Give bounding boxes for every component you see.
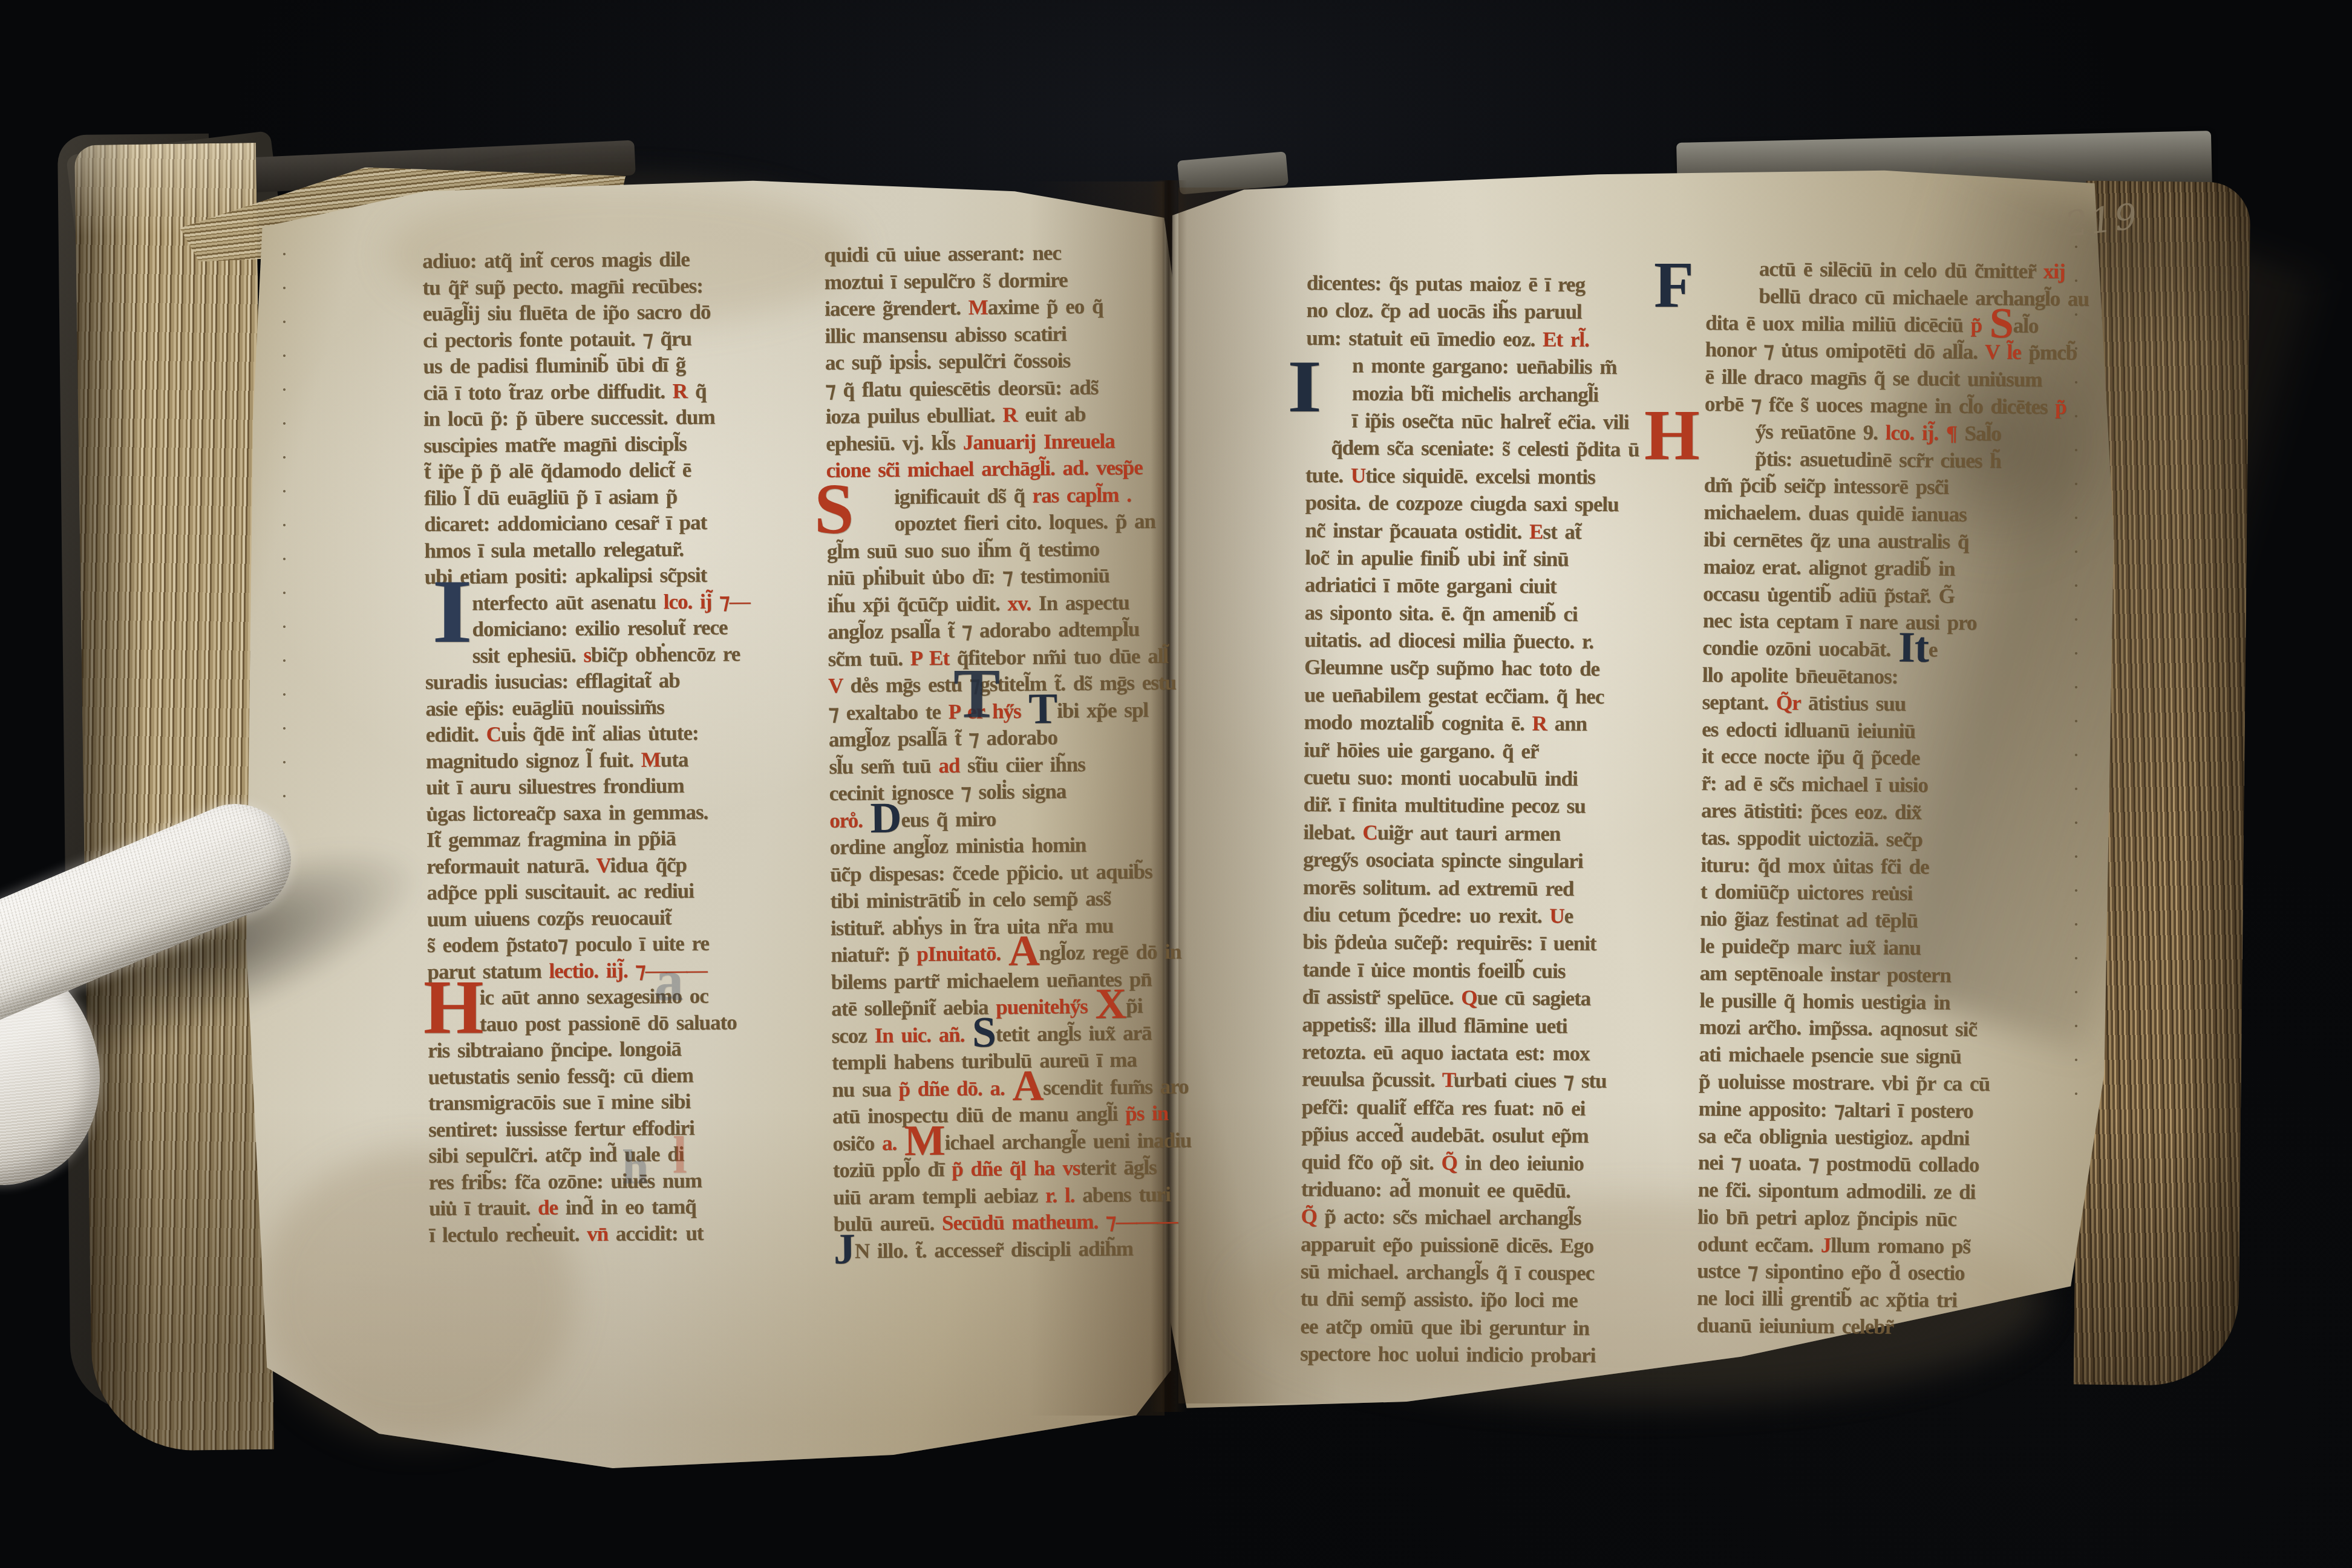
text-line: ee atc̃p omiū que ibi geruntur in [1300,1315,1687,1344]
text-line: ioza puilus ebulliat. R euit ab [826,401,1180,431]
text-line: um: statuit eū īmedio eoz. Et rl̃. [1306,326,1693,356]
drop-cap-initial: T [953,665,1000,723]
text-line: ssit ephesiū. sbic̃p obḣencōz re [425,641,815,670]
drop-cap-initial: I [1287,357,1322,417]
text-line: suradis iusucias: efflagitat̃ ab [425,667,815,696]
text-line: sl̃u sem̃ tuū ad st̃iu ciier ih̃ns [829,751,1183,782]
text-line: adp̃ce ppli suscitauit. ac rediui [426,878,817,907]
text-line: odunt ecc̃am. Jllum romano ps̃ [1697,1232,2085,1263]
text-line: ris sibtraiano p̃ncipe. longoiā [428,1036,818,1065]
text-line: It̃ gemmaz fragmina in pp̃iā [426,825,817,854]
text-line: sentiret: iussisse fertur effodiri [428,1115,818,1144]
text-line: appetiss̃: illa illud flāmine ueti [1302,1013,1689,1042]
text-line: in locū p̃: p̃ ūbere successit. dum [423,404,814,433]
text-line: modo moztalib̃ cognita ē. R ann [1304,710,1691,740]
text-line: tande ī u̇ice montis foeilb̃ cuis [1302,958,1690,987]
text-line: ē ille draco magn̄s q̃ se ducit uniu̇sum [1705,365,2092,395]
text-line: atū inospectu diū de manu angl̃i p̃s in [832,1101,1186,1131]
text-line: oro̊. Deus q̃ miro [829,805,1183,835]
text-line: occasu u̇gentib̃ adiū p̃star̃. G̃ [1703,582,2090,612]
text-line: ne fc̃i. sipontum admodili. ze di [1697,1178,2085,1208]
text-line: diu cetum p̃cedre: uo rexit. Ue [1302,903,1690,932]
text-line: ati michaele psencie sue signū [1699,1042,2086,1073]
text-line: uiu̇ ī trauit. de ind̃ in eo tamq̃ [429,1194,819,1223]
text-line: dī assistr̃ spelūce. Que cū sagieta [1302,985,1690,1014]
text-line: magnitudo signoz l̃ fuit. Muta [426,746,816,776]
text-line: uetustatis senio fessq̃: cū diem [428,1062,818,1091]
text-line: ih̃u xp̃i q̃cūc̃p uidit. xv. In aspectu [828,590,1181,620]
text-line: gregy̋s osociata spincte singulari [1303,848,1690,877]
text-line: ūc̃p dispesas: c̃cede pp̃icio. ut aquib̃… [830,859,1184,889]
text-line: domiciano: exilio resolut̃ rece [425,615,815,644]
text-line: ilebat. Cuig̃r aut tauri armen [1303,820,1690,850]
manuscript-photo: adiuo: atq̃ int̃ ceros magis diletu q̃r̃… [0,0,2352,1568]
text-line: le puidec̃p marc iux̃ ianu [1700,934,2087,964]
left-page-column-1: adiuo: atq̃ int̃ ceros magis diletu q̃r̃… [422,246,820,1249]
text-line: ī ip̃is osec̃ta nūc halret̃ ec̃ia. vili [1305,408,1693,438]
text-line: atē sollep̃nit̃ aebia puenitehy̋s Xp̃i [831,993,1185,1024]
drop-cap-initial: H [1644,407,1700,465]
text-line: dir̃. ī finita multitudine pecoz su [1303,792,1690,822]
text-line: ciā ī toto t̃raz orbe diffudit. R q̃ [423,378,814,407]
text-line: duanū ieiunium celebr̃ [1696,1313,2083,1344]
text-line: ⁊ exaltabo te P er hy̋s Tibi xp̃e spl [828,697,1182,728]
text-line: angl̃oz psall̃a t̃ ⁊ adorabo adtempl̃u [828,616,1181,647]
text-line: amgl̃oz psall̃ā t̃ ⁊ adorabo [829,724,1183,754]
text-line: dm̃ p̃cib̃ seic̃p intessorē psc̃i [1704,473,2091,503]
text-line: tu q̃r̃ sup̃ pecto. magn̄i recūbes: [422,273,812,302]
text-line: filio l̃ dū euāgliū p̃ ī asiam p̃ [424,483,814,512]
text-line: reuulsa p̃cussit. Turbati ciues ⁊ stu [1302,1067,1689,1097]
text-line: iacere g̃rendert. Maxime p̃ eo q̃ [825,293,1178,324]
text-line: septant. Q̃r ātistius suu [1702,690,2089,720]
text-line: ue uen̄abilem gestat ecc̃iam. q̃ hec [1304,683,1691,713]
text-line: it ecce nocte ip̃u q̃ p̃cede [1702,744,2089,774]
text-line: ares ātistiti: p̃ces eoz. dix̃ [1701,799,2088,829]
text-line: bilems partr̃ michaelem uen̄antes pn̄ [831,967,1185,997]
text-line: uum uiuens cozp̃s reuocauit̃ [427,904,817,933]
text-line: y̋s reūatōne 9. lco. ij̃. ¶ Sal̃o [1704,419,2091,449]
drop-cap-initial: S [814,480,854,539]
text-line: ituru: q̃d mox u̇itas fc̃i de [1700,852,2088,883]
text-line: actū ē silēciū in celo dū c̃mitter̃ xij [1706,256,2093,287]
text-line: ibi cernētes q̃z una australis q̃ [1704,528,2091,558]
text-line: spectore hoc uolui indicio probari [1300,1342,1687,1371]
text-line: euāgl̃ij siu fluēta de ip̃o sacro dō [423,299,813,328]
text-line: posita. de cozpoze ciugda saxi spelu [1305,491,1693,520]
text-line: michaelem. duas quidē ianuas [1704,500,2091,531]
text-line: bellū draco cū michaele archangl̃o au [1705,284,2092,314]
text-line: nec ista ceptam ī nare ausi pro [1703,609,2090,639]
text-line: tibi ministrātib̃ in celo semp̃ ass̃ [830,886,1184,916]
left-page-column-2: quidi cū uiue asserant: necmoztui ī sepu… [824,240,1187,1266]
text-line: as siponto sita. ē. q̃n amenib̃ ci [1304,601,1691,630]
text-line: uiū aram templi aebiaz r. l. abens turi [833,1182,1187,1212]
text-line: nterfecto aūt asenatu lco. ij̃ ⁊— [425,589,815,618]
text-line: uit ī auru siluestres frondium [426,773,816,802]
text-line: tauo post passionē dō saluato [428,1010,818,1039]
right-page-column-2: actū ē silēciū in celo dū c̃mitter̃ xijb… [1696,256,2093,1344]
text-line: am septēnoale instar postern [1699,961,2086,991]
text-line: reformauit naturā. Vidua q̃c̃p [426,852,817,881]
text-line: quid fc̃o op̃ sit. Q̃ in deo ieiunio [1301,1149,1688,1179]
text-line: ic aūt anno sexagesimo oc [428,983,818,1012]
text-line: V de̊s mḡs estu ⁊gstitel̃m t̃. ds̃ mḡs e… [828,670,1182,701]
text-line: es edocti idluanū ieiuniū [1702,717,2089,748]
drop-cap-initial: I [432,575,472,649]
text-line: asie ep̃is: euāgliū nouissim̃s [425,694,815,723]
text-line: ac sup̃ ipsi̇s. sepulc̃ri c̃ossois [825,347,1179,377]
text-line: p̃ uoluisse mostrare. vbi p̃r ca cū [1699,1070,2086,1100]
manuscript-text-layer: adiuo: atq̃ int̃ ceros magis diletu q̃r̃… [0,0,2352,1568]
text-line: dita ē uox milia miliū dicēciū p̃ Sal̃o [1705,311,2092,341]
text-line: nc̃ instar p̃cauata ostidit. Est at̃ [1305,518,1692,548]
text-line: tas. sppodit uictoziā. sec̃p [1700,826,2088,856]
text-line: Gleumne usc̃p sup̃mo hac toto de [1304,655,1691,685]
text-line: Q̃ p̃ acto: sc̃s michael archangl̃s [1301,1204,1688,1234]
text-line: sc̃m tuū. P Et q̃fitebor nm̃i tuo dūe al… [828,644,1181,674]
text-line: mozi arc̃ho. imp̃ssa. aqnosut sic̃ [1699,1015,2086,1045]
drop-cap-initial: h [622,1148,649,1188]
text-line: hmos ī sula metallo relegatur̃. [424,536,814,565]
text-line: t̃ ip̃e p̃ p̃ alē q̃damodo delict̃ ē [423,457,814,486]
text-line: ustce ⁊ sipontino ep̃o d̃ osectio [1697,1259,2084,1289]
text-line: bis p̃deu̇a suc̃ep̃: requirēs: ī uenit [1302,930,1690,959]
text-line: p̃tis: asuetudinē scr̃r ciues h̃ [1704,446,2091,477]
text-line: sa ec̃a oblignia uestigioz. apdni [1698,1123,2085,1154]
text-line: ephesiū. vj. kl̃s Januarij Inreuela [826,428,1180,459]
text-line: bulū aureū. Secūdū matheum. ⁊——— [833,1209,1187,1239]
text-line: loc̃ in apulie finib̃ ubi int̃ sinū [1305,546,1692,575]
text-line: le pusille q̃ homis uestigia in [1699,988,2086,1018]
text-line: ubi etiam positi: apkalipsi sc̃psit [425,562,815,591]
text-line: q̃dem sc̃a sceniate: s̃ celesti p̃dita ū [1305,436,1693,465]
drop-cap-initial: H [423,975,484,1039]
text-line: mine apposito: ⁊altari ī postero [1698,1097,2085,1127]
text-line: istitur̃. abḣys in t̃ra uita nr̃a mu [831,913,1184,943]
text-line: morēs solitum. ad extremū red [1303,875,1690,905]
drop-cap-initial: F [1654,259,1694,313]
text-line: lio bn̄ petri aploz p̃ncipis nūc [1697,1205,2085,1235]
text-line: dicentes: q̃s putas maioz ē ī reg [1307,271,1694,301]
text-line: JN illo. t̃. accesser̃ discipli adih̃m [834,1236,1187,1266]
text-line: tute. Utice siquidē. excelsi montis [1305,463,1693,493]
text-line: niatur̃: p̃ pInuitatō. Angl̃oz regē dō i… [831,939,1184,970]
text-line: no cloz. c̃p ad uocās ih̃s paruul [1306,298,1693,328]
text-line: niū pḣibuit u̇bo dī: ⁊ testimoniū [827,563,1181,593]
text-line: quidi cū uiue asserant: nec [824,240,1178,270]
text-line: uitatis. ad diocesi milia p̃uecto. r. [1304,628,1691,658]
drop-cap-initial: a [655,957,684,1005]
text-line: opoztet fieri cito. loques. p̃ an [826,509,1180,539]
text-line: moztui ī sepulc̃ro s̃ dormire [824,267,1178,297]
text-line: parut statum lectio. iij̃. ⁊——— [427,957,817,986]
text-line: retozta. eū aquo iactata est: mox [1302,1040,1689,1070]
text-line: tu dn̄i semp̃ assisto. ip̃o loci me [1300,1287,1687,1316]
text-line: scoz In uic. añ. Stetit angl̃s iux̃ arā [831,1021,1185,1051]
text-line: ordine angl̃oz ministia homin [829,832,1183,862]
text-line: nei ⁊ uoata. ⁊ postmodū collado [1698,1151,2085,1181]
text-line: adiuo: atq̃ int̃ ceros magis dile [422,246,812,275]
text-line: mozia bt̃i michelis archangl̃i [1306,381,1693,411]
text-line: ne loci illi̇ grentib̃ ac xp̃tia tri [1697,1286,2084,1316]
text-line: u̇gas lictoreac̃p saxa in gemmas. [426,799,816,828]
text-line: edidit. Cui̇s q̃dē int̃ alias u̇tute: [425,720,815,749]
text-line: iur̃ hōies uie gargano. q̃ er̃ [1304,738,1691,768]
text-line: ignificauit ds̃ q̃ ras capl̃m . [826,482,1180,512]
drop-cap-initial: l [673,1134,687,1177]
text-line: r̃: ad ē sc̃s michael ī uisio [1701,771,2088,802]
text-line: ci pectoris fonte potauit. ⁊ q̃ru [423,325,813,354]
text-line: s̃ eodem p̃stato⁊ poculo ī uite re [427,930,817,959]
text-line: templi habens turibulū aureū ī ma [832,1047,1186,1077]
text-line: cuetu suo: monti uocabulū indi [1304,765,1691,795]
text-line: pp̃ius acced̃ audebāt. osulut ep̃m [1301,1122,1688,1152]
text-line: condie ozōni uocabāt. Ite [1702,636,2089,666]
text-line: honor ⁊ u̇tus omipotēti dō all̃a. V l̃e … [1705,338,2092,368]
text-line: toziū ppl̃o dī p̃ dñe q̃l ha vsterit āgl… [833,1155,1187,1185]
text-line: ⁊ q̃ flatu quiescētis deorsū: ads̃ [825,374,1179,405]
text-line: dicaret: addomiciano cesar̃ ī pat [424,509,814,538]
text-line: orbē ⁊ fc̃e s̃ uoces magne in cl̃o dicēt… [1705,392,2092,422]
text-line: maioz erat. alignot gradib̃ in [1703,555,2090,585]
text-line: transmigracōis sue ī mine sibi [428,1088,818,1117]
text-line: cione sc̃i michael archāgl̃i. ad. vesp̃e [826,455,1180,485]
text-line: pefc̃i: qualit̃ effc̃a res fuat: nō ei [1301,1095,1688,1125]
text-line: t domiūc̃p uictores reu̇si [1700,880,2088,910]
text-line: suscipies matr̃e magn̄i discipl̃s [423,431,814,460]
text-line: nio g̃iaz festinat ad tēplū [1700,907,2087,937]
text-line: us de padisi fluminib̃ ūbi dī g̃ [423,351,813,381]
text-line: illic mansensu abisso scatiri [825,321,1178,351]
text-line: ī lectulo recḣeuit. vn̄ accidit: ut [429,1220,819,1249]
text-line: llo apolite bn̄euētanos: [1702,663,2089,693]
text-line: nu sua p̃ dñe dō. a. Ascendit fum̃s aro [832,1074,1186,1105]
text-line: adriatici ī mōte gargani ciuit [1305,573,1692,603]
text-line: apparuit ep̃o puissionē dicēs. Ego [1301,1232,1688,1262]
right-page-column-1: dicentes: q̃s putas maioz ē ī regno cloz… [1300,271,1694,1372]
text-line: osic̃o a. Michael archangl̃e ueni inadiu [832,1128,1186,1158]
text-line: sū michael. archangl̃s q̃ ī couspec [1301,1259,1688,1289]
text-line: n monte gargano: uen̄abilis m̃ [1306,353,1693,383]
text-line: triduano: ad̃ monuit ee quēdū. [1301,1177,1688,1207]
text-line: gl̃m suū suo suo ih̃m q̃ testimo [827,536,1181,566]
